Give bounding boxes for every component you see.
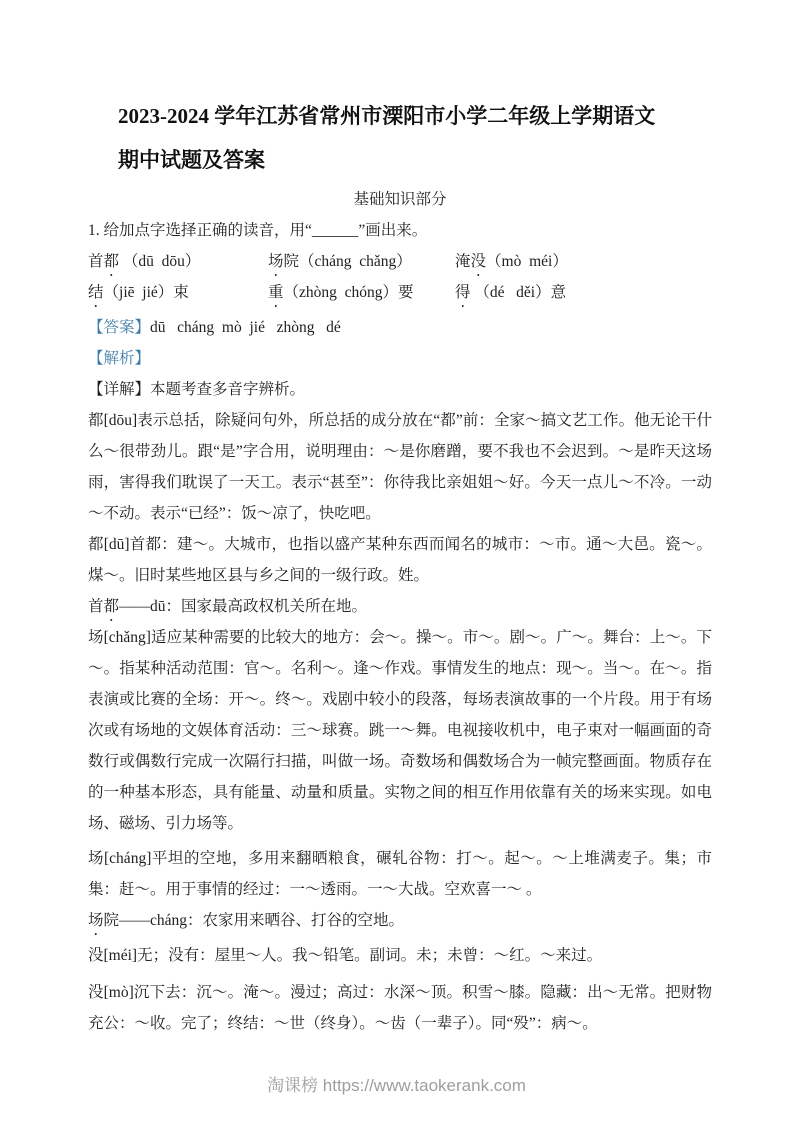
choice-post: （jiē jié）束 — [104, 284, 189, 301]
document-title: 2023-2024 学年江苏省常州市溧阳市小学二年级上学期语文 期中试题及答案 — [118, 94, 712, 182]
section-heading: 基础知识部分 — [88, 184, 712, 215]
pinyin-choice-yanmo: 淹没（mò méi） — [455, 246, 712, 277]
pinyin-choice-deyi: 得 （dé děi）意 — [455, 277, 712, 308]
pinyin-choice-zhongyao: 重（zhòng chóng）要 — [268, 277, 455, 308]
choice-post: 院（cháng chǎng） — [284, 253, 412, 270]
choice-pre: 首 — [88, 253, 104, 270]
explain-mei: 没[méi]无；没有：屋里～人。我～铅笔。副词。未；未曾：～红。～来过。 — [88, 940, 712, 971]
pinyin-choice-jieshu: 结（jiē jié）束 — [88, 277, 268, 308]
choice-post: （dū dōu） — [119, 253, 200, 270]
explain-dou-du: 都[dū]首都：建～。大城市，也指以盛产某种东西而闻名的城市：～市。通～大邑。瓷… — [88, 529, 712, 591]
dotted-char: 场 — [88, 905, 104, 936]
title-line-1: 2023-2024 学年江苏省常州市溧阳市小学二年级上学期语文 — [118, 94, 712, 138]
shoudu-post: ——dū：国家最高政权机关所在地。 — [119, 598, 367, 615]
dotted-char: 场 — [268, 246, 284, 277]
choice-post: （mò méi） — [486, 253, 568, 270]
dotted-char: 得 — [455, 277, 471, 308]
changyuan-post: 院——cháng：农家用来晒谷、打谷的空地。 — [104, 912, 405, 929]
dotted-char: 都 — [104, 591, 120, 622]
pinyin-choice-changyuan: 场院（cháng chǎng） — [268, 246, 455, 277]
explain-dou-duo: 都[dōu]表示总括，除疑问句外，所总括的成分放在“都”前：全家～搞文艺工作。他… — [88, 405, 712, 529]
title-line-2: 期中试题及答案 — [118, 138, 712, 182]
answer-line: 【答案】dū cháng mò jié zhòng dé — [88, 312, 712, 343]
analysis-label-line: 【解析】 — [88, 343, 712, 374]
explain-changyuan-line: 场院——cháng：农家用来晒谷、打谷的空地。 — [88, 905, 712, 936]
dotted-char: 结 — [88, 277, 104, 308]
question-stem: 1. 给加点字选择正确的读音，用“______”画出来。 — [88, 215, 712, 246]
footer-site-link[interactable]: 淘课榜 https://www.taokerank.com — [267, 1076, 526, 1095]
pinyin-choice-shoudu: 首都 （dū dōu） — [88, 246, 268, 277]
footer: 淘课榜 https://www.taokerank.com — [0, 1071, 793, 1096]
explain-mo: 没[mò]沉下去：沉～。淹～。漫过；高过：水深～顶。积雪～膝。隐藏：出～无常。把… — [88, 977, 712, 1039]
explain-chang-chang3: 场[chǎng]适应某种需要的比较大的地方：会～。操～。市～。剧～。广～。舞台：… — [88, 622, 712, 839]
document-page: 2023-2024 学年江苏省常州市溧阳市小学二年级上学期语文 期中试题及答案 … — [0, 0, 793, 1122]
dotted-char: 重 — [268, 277, 284, 308]
choice-pre: 淹 — [455, 253, 471, 270]
detail-line: 【详解】本题考查多音字辨析。 — [88, 374, 712, 405]
choice-post: （zhòng chóng）要 — [284, 284, 414, 301]
analysis-label: 【解析】 — [88, 350, 150, 367]
shoudu-pre: 首 — [88, 598, 104, 615]
answer-label: 【答案】 — [88, 319, 150, 336]
explain-shoudu-line: 首都——dū：国家最高政权机关所在地。 — [88, 591, 712, 622]
choice-post: （dé děi）意 — [471, 284, 567, 301]
explain-chang-chang2: 场[cháng]平坦的空地，多用来翻晒粮食，碾轧谷物：打～。起～。～上堆满麦子。… — [88, 843, 712, 905]
dotted-char: 都 — [104, 246, 120, 277]
dotted-char: 没 — [471, 246, 487, 277]
document-content: 2023-2024 学年江苏省常州市溧阳市小学二年级上学期语文 期中试题及答案 … — [88, 94, 712, 1039]
pinyin-choices: 首都 （dū dōu） 场院（cháng chǎng） 淹没（mò méi） 结… — [88, 246, 712, 308]
answer-text: dū cháng mò jié zhòng dé — [150, 319, 341, 336]
